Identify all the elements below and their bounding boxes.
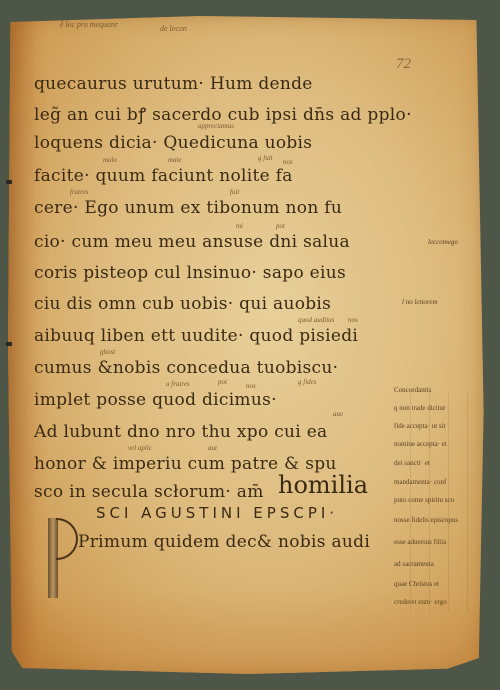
interlinear-gloss: male: [168, 156, 182, 164]
margin-note-line: dei sancti· et: [394, 459, 430, 467]
margin-note-line: Concordantis: [394, 386, 431, 394]
text-line: loquens dicia· Quedicuna uobis: [34, 133, 312, 153]
text-line: cio· cum meu meu ansuse dni salua: [34, 232, 350, 252]
text-line: Ad lubunt dno nro thu xpo cui ea: [34, 422, 328, 442]
text-line: implet posse quod dicimus·: [34, 390, 277, 410]
decorated-initial-bowl: [56, 518, 78, 560]
interlinear-gloss: quod auditus: [298, 316, 334, 324]
text-line: sco in secula scłorum· am̄: [34, 482, 264, 502]
text-line: ciu dis omn cub uobis· qui auobis: [34, 294, 331, 314]
margin-note-line: nosse fidelis episcopus: [394, 516, 458, 524]
interlinear-gloss: malo: [103, 156, 117, 164]
interlinear-gloss: pot: [218, 378, 227, 386]
rubric-title: SCI AGUSTINI EPSCPI·: [96, 504, 338, 522]
margin-note-line: q non trade dicitur: [394, 404, 446, 412]
margin-note-line: ad sacramenta: [394, 560, 434, 568]
interlinear-gloss: aue: [333, 410, 343, 418]
interlinear-gloss: nos: [348, 316, 358, 324]
margin-note-line: mandamenta· conf: [394, 478, 446, 486]
interlinear-gloss: pot: [276, 222, 285, 230]
margin-note-line: nomine accepta· et: [394, 440, 447, 448]
text-line: aibuuq liben ett uudite· quod pisiedi: [34, 326, 358, 346]
interlinear-gloss: a fratres: [166, 380, 190, 388]
text-line: Primum quidem dec& nobis audi: [78, 532, 370, 552]
text-line: cere· Ego unum ex tibonum non fu: [34, 198, 342, 218]
margin-side-note: leccomego: [428, 238, 458, 246]
interlinear-gloss: ghost: [100, 348, 115, 356]
interlinear-gloss: vel aplic: [128, 444, 152, 452]
top-gloss: de lecon: [160, 24, 187, 33]
margin-note-line: esse aduersus filiis: [394, 538, 447, 546]
binding-tab: [6, 180, 12, 184]
margin-note-line: puto come spiritu sco: [394, 496, 454, 504]
margin-note-line: crederet eum· ergo: [394, 598, 447, 606]
margin-note-line: quae Christus et: [394, 580, 439, 588]
folio-number: 72: [396, 56, 411, 73]
binding-tab: [6, 342, 12, 346]
interlinear-gloss: mi: [236, 222, 243, 230]
homily-heading: homilia: [278, 471, 368, 499]
interlinear-gloss: aut: [208, 444, 217, 452]
interlinear-gloss: g fuit: [258, 154, 273, 162]
manuscript-folio: ẽ lec pro mequanr de lecon 72 quecaurus …: [8, 12, 486, 678]
interlinear-gloss: appreciamus: [198, 122, 234, 130]
interlinear-gloss: fratres: [70, 188, 88, 196]
interlinear-gloss: g fides: [298, 378, 316, 386]
interlinear-gloss: fuit: [230, 188, 239, 196]
interlinear-gloss: nos: [246, 382, 256, 390]
margin-side-note: l no lettorem: [402, 298, 438, 306]
margin-note-line: fide accepta· ut sit: [394, 422, 446, 430]
interlinear-gloss: nos: [283, 158, 293, 166]
text-line: facite· quum faciunt nolite fa: [34, 166, 293, 186]
text-line: coris pisteop cul lnsinuo· sapo eius: [34, 263, 346, 283]
top-gloss: ẽ lec pro mequanr: [60, 20, 118, 29]
text-line: cumus &nobis concedua tuobiscu·: [34, 358, 338, 378]
text-line: quecaurus urutum· Hum dende: [34, 74, 313, 94]
